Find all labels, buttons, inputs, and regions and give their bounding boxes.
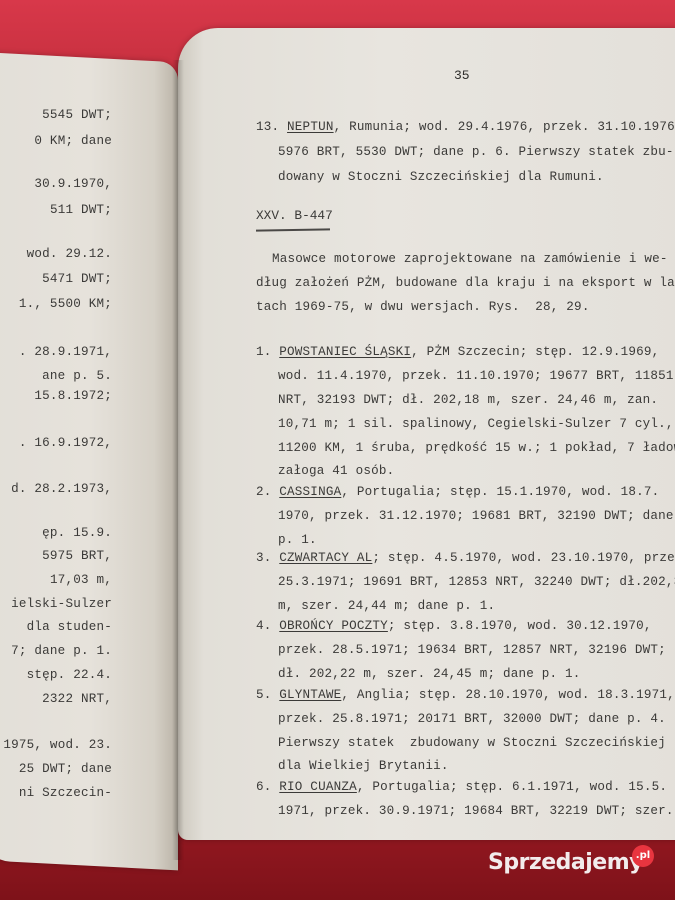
left-fragment: stęp. 22.4. (27, 668, 112, 682)
ship-name: POWSTANIEC ŚLĄSKI (279, 345, 411, 359)
ship-name: OBROŃCY POCZTY (279, 619, 388, 633)
left-page-text: 5545 DWT; 0 KM; dane 30.9.1970, 511 DWT;… (0, 0, 112, 900)
left-fragment: ęp. 15.9. (42, 526, 112, 540)
left-fragment: ane p. 5. (42, 369, 112, 383)
left-fragment: 1., 5500 KM; (19, 297, 112, 311)
entry-number: 2. (256, 485, 272, 499)
entry-number: 6. (256, 780, 272, 794)
left-fragment: 30.9.1970, (34, 177, 112, 191)
entry-4: 4. OBROŃCY POCZTY; stęp. 3.8.1970, wod. … (256, 619, 652, 633)
left-fragment: d. 28.2.1973, (11, 482, 112, 496)
ship-name: NEPTUN (287, 120, 334, 134)
entry-number: 3. (256, 551, 272, 565)
left-fragment: 5975 BRT, (42, 549, 112, 563)
book-gutter (172, 60, 184, 860)
left-fragment: 0 KM; dane (34, 134, 112, 148)
entry-line: , Portugalia; stęp. 6.1.1971, wod. 15.5. (357, 780, 667, 794)
left-fragment: ni Szczecin- (19, 786, 112, 800)
intro-line: tach 1969-75, w dwu wersjach. Rys. 28, 2… (256, 300, 590, 314)
entry-line: 10,71 m; 1 sil. spalinowy, Cegielski-Sul… (278, 417, 674, 431)
entry-number: 5. (256, 688, 272, 702)
entry-line: m, szer. 24,44 m; dane p. 1. (278, 599, 495, 613)
intro-line: Masowce motorowe zaprojektowane na zamów… (272, 252, 668, 266)
section-title: XXV. B-447 (256, 208, 333, 223)
entry-number: 13. (256, 120, 279, 134)
entry-line: dla Wielkiej Brytanii. (278, 759, 449, 773)
entry-line: , PŻM Szczecin; stęp. 12.9.1969, (411, 345, 659, 359)
entry-line: , Rumunia; wod. 29.4.1976, przek. 31.10.… (334, 120, 675, 134)
entry-line: przek. 25.8.1971; 20171 BRT, 32000 DWT; … (278, 712, 666, 726)
left-fragment: . 28.9.1971, (19, 345, 112, 359)
entry-2: 2. CASSINGA, Portugalia; stęp. 15.1.1970… (256, 485, 659, 499)
left-fragment: 1975, wod. 23. (3, 738, 112, 752)
entry-5: 5. GLYNTAWE, Anglia; stęp. 28.10.1970, w… (256, 688, 675, 702)
left-fragment: ielski-Sulzer (11, 597, 112, 611)
entry-line: ; stęp. 4.5.1970, wod. 23.10.1970, przek… (372, 551, 675, 565)
entry-line: przek. 28.5.1971; 19634 BRT, 12857 NRT, … (278, 643, 666, 657)
entry-line: , Portugalia; stęp. 15.1.1970, wod. 18.7… (341, 485, 659, 499)
ship-name: CZWARTACY AL (279, 551, 372, 565)
ship-name: RIO CUANZA (279, 780, 357, 794)
entry-line: 25.3.1971; 19691 BRT, 12853 NRT, 32240 D… (278, 575, 675, 589)
left-fragment: 5545 DWT; (42, 108, 112, 122)
entry-line: 11200 KM, 1 śruba, prędkość 15 w.; 1 pok… (278, 441, 675, 455)
entry-line: 5976 BRT, 5530 DWT; dane p. 6. Pierwszy … (278, 145, 674, 159)
left-fragment: 25 DWT; dane (19, 762, 112, 776)
entry-line: Pierwszy statek zbudowany w Stoczni Szcz… (278, 736, 666, 750)
entry-line: dł. 202,22 m, szer. 24,45 m; dane p. 1. (278, 667, 581, 681)
left-fragment: 5471 DWT; (42, 272, 112, 286)
watermark-logo: Sprzedajemy (488, 850, 643, 875)
left-fragment: 17,03 m, (50, 573, 112, 587)
entry-line: 1971, przek. 30.9.1971; 19684 BRT, 32219… (278, 804, 674, 818)
entry-line: NRT, 32193 DWT; dł. 202,18 m, szer. 24,4… (278, 393, 658, 407)
left-fragment: 511 DWT; (50, 203, 112, 217)
page-number: 35 (454, 68, 470, 83)
entry-line: ; stęp. 3.8.1970, wod. 30.12.1970, (388, 619, 652, 633)
entry-line: 1970, przek. 31.12.1970; 19681 BRT, 3219… (278, 509, 674, 523)
ship-name: GLYNTAWE (279, 688, 341, 702)
entry-number: 1. (256, 345, 272, 359)
entry-number: 4. (256, 619, 272, 633)
left-fragment: 15.8.1972; (34, 389, 112, 403)
entry-line: p. 1. (278, 533, 317, 547)
entry-line: dowany w Stoczni Szczecińskiej dla Rumun… (278, 170, 604, 184)
left-fragment: wod. 29.12. (27, 247, 112, 261)
watermark-badge: .pl (632, 845, 654, 867)
entry-6: 6. RIO CUANZA, Portugalia; stęp. 6.1.197… (256, 780, 667, 794)
entry-line: załoga 41 osób. (278, 464, 394, 478)
entry-3: 3. CZWARTACY AL; stęp. 4.5.1970, wod. 23… (256, 551, 675, 565)
intro-line: dług założeń PŻM, budowane dla kraju i n… (256, 276, 675, 290)
left-fragment: 7; dane p. 1. (11, 644, 112, 658)
ship-name: CASSINGA (279, 485, 341, 499)
left-fragment: 2322 NRT, (42, 692, 112, 706)
left-fragment: dla studen- (27, 620, 112, 634)
entry-line: , Anglia; stęp. 28.10.1970, wod. 18.3.19… (341, 688, 675, 702)
entry-line: wod. 11.4.1970, przek. 11.10.1970; 19677… (278, 369, 674, 383)
left-fragment: . 16.9.1972, (19, 436, 112, 450)
entry-13: 13. NEPTUN, Rumunia; wod. 29.4.1976, prz… (256, 120, 675, 134)
entry-1: 1. POWSTANIEC ŚLĄSKI, PŻM Szczecin; stęp… (256, 345, 659, 359)
